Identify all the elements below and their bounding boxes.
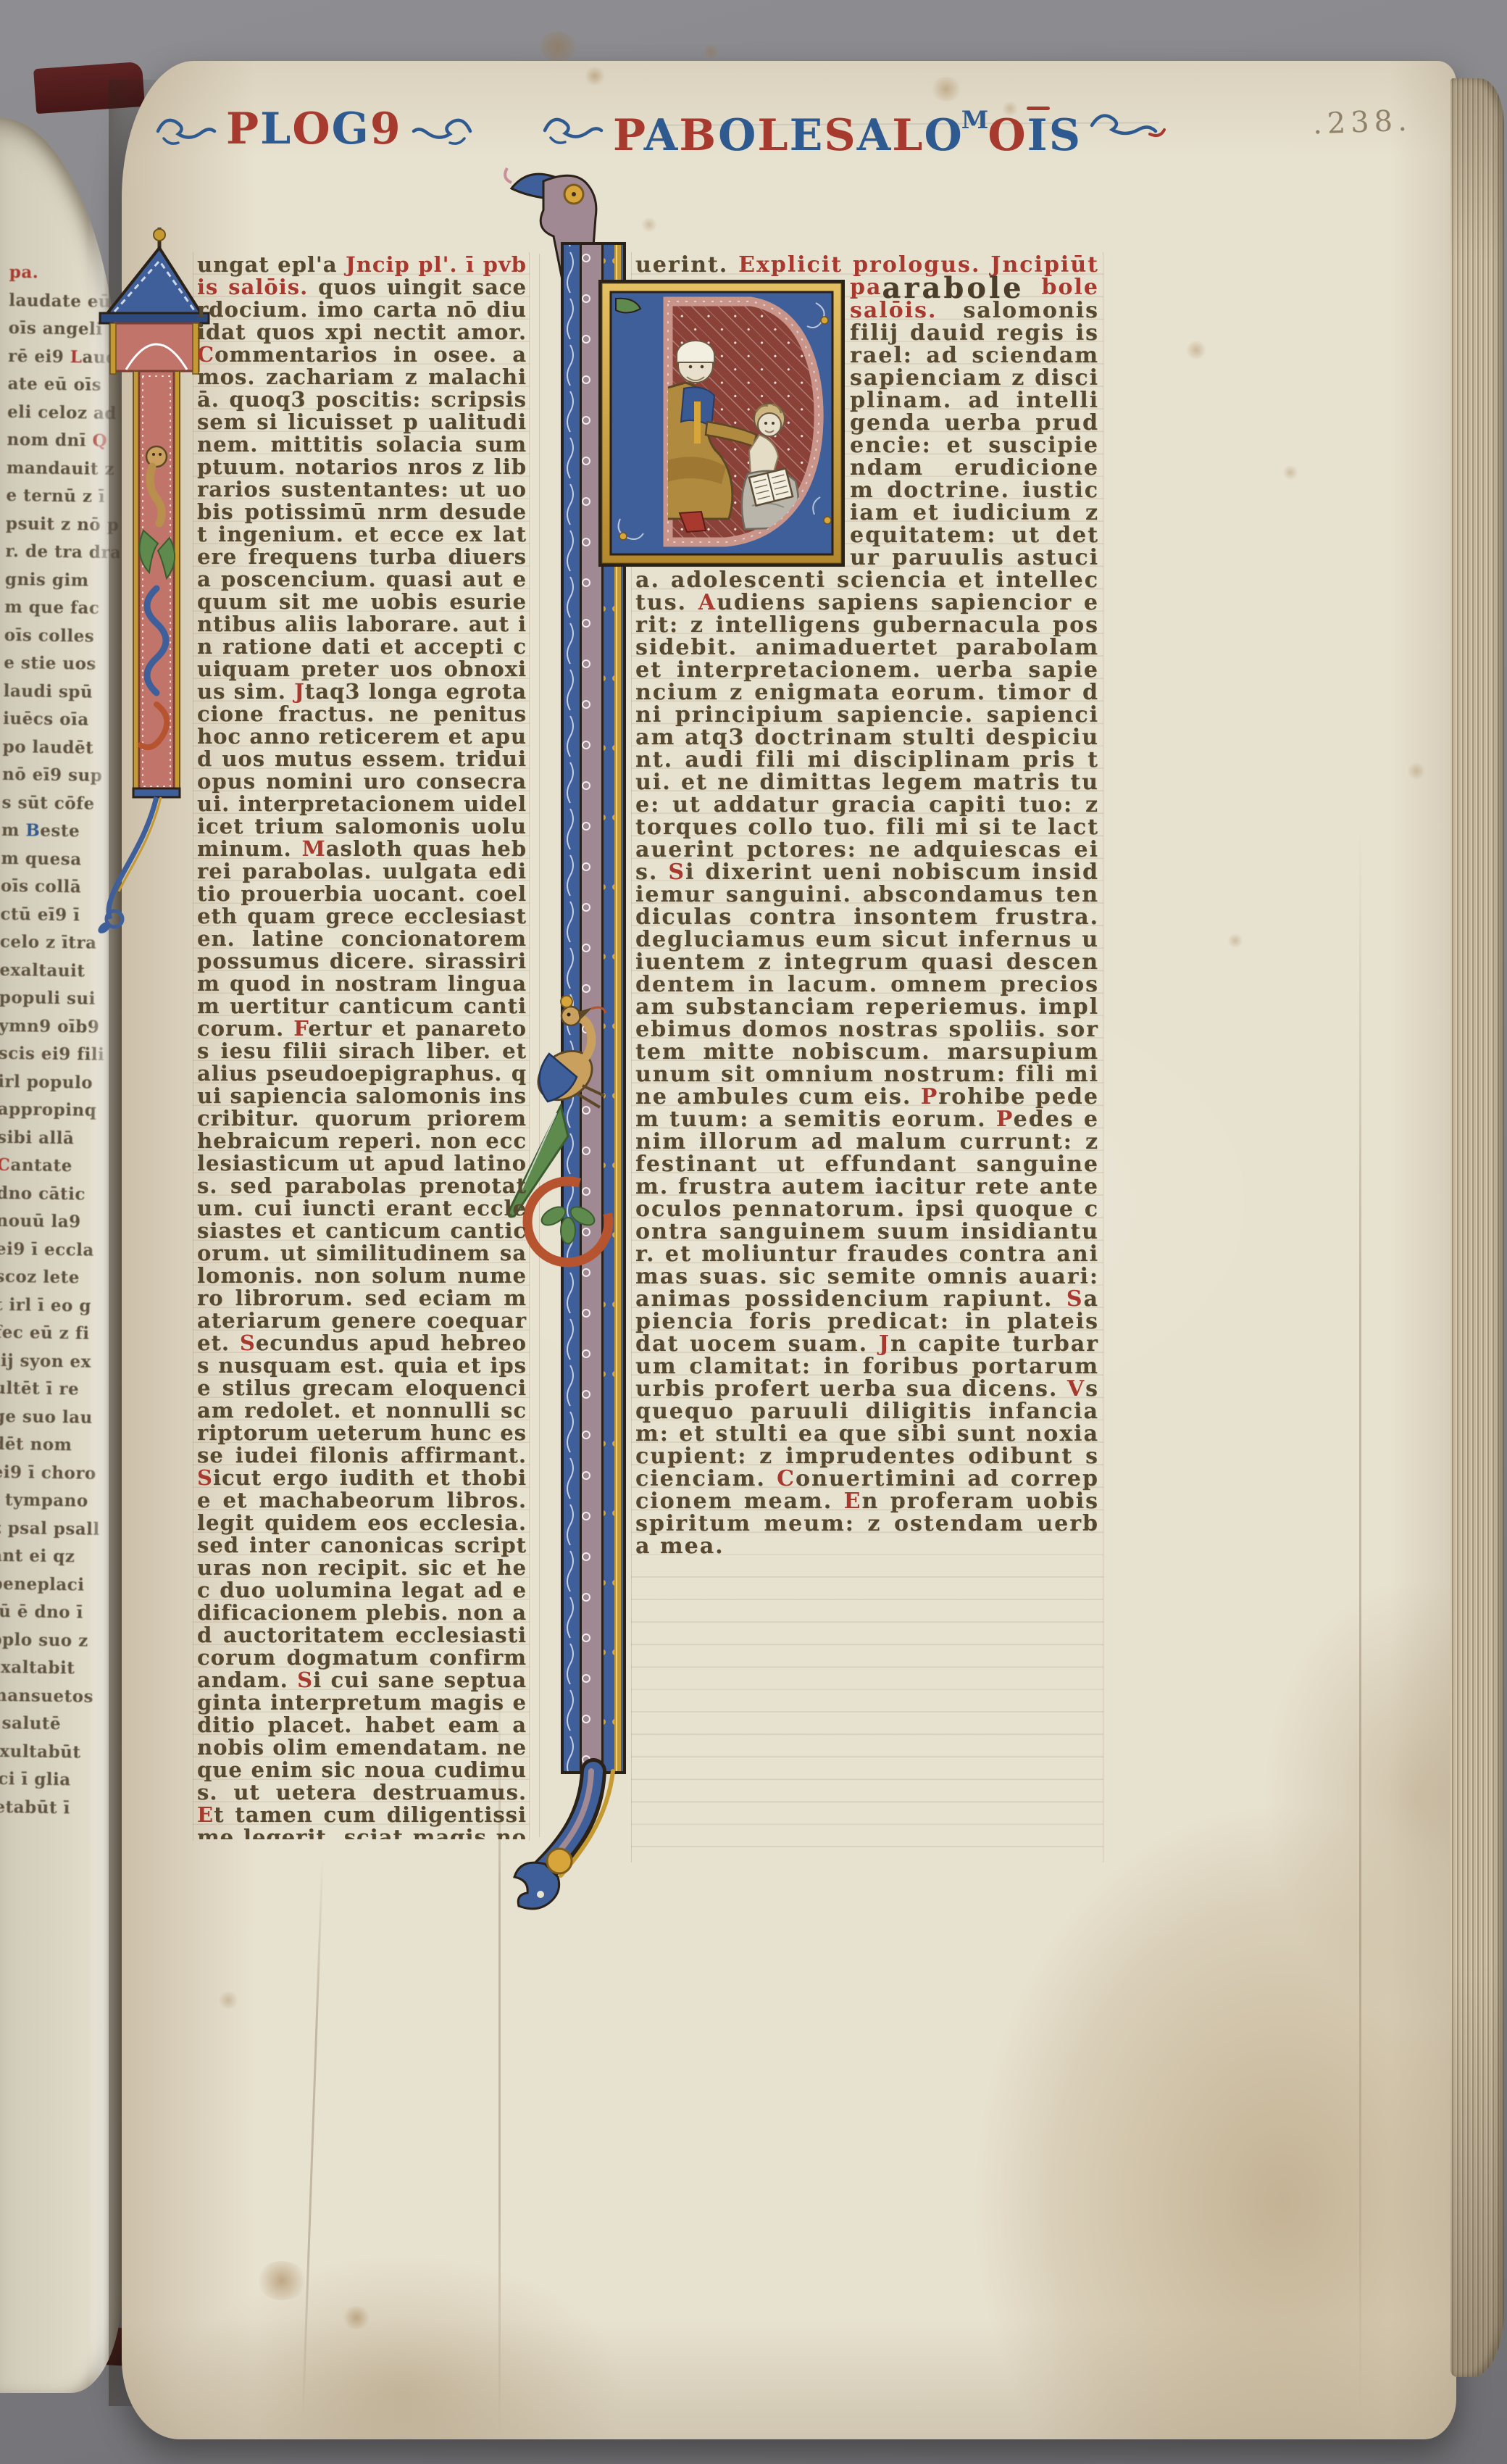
rose-tendril (505, 168, 512, 183)
header-flourish-icon (154, 109, 219, 149)
folio-number: .238. (1312, 104, 1412, 141)
stain (701, 43, 720, 59)
header-flourish-icon (1089, 107, 1169, 150)
bird-head (562, 1007, 580, 1025)
running-header-parabole-salomonis: PABOLESALOMOIS (540, 97, 1169, 159)
right-text-column-proverbs: uerint. Explicit prologus. Jncipiūt paar… (635, 254, 1099, 1861)
manuscript-photo: pa.laudate eūoīs angelirē ei9 Laudate eū… (0, 0, 1507, 2464)
running-header-prologue: PLOG9 (154, 106, 475, 152)
header-flourish-icon (409, 109, 475, 149)
left-text-column-prologue: ungat epl'a Jncip pl'. ī pvbis salōis. q… (197, 254, 527, 1839)
header-letters-parabole: PABOLESALOMOIS (613, 97, 1082, 159)
header-letters-prologue: PLOG9 (226, 106, 402, 152)
header-flourish-icon (540, 109, 606, 148)
fore-edge-page-stack (1450, 78, 1504, 2377)
gold-ball (547, 1849, 572, 1873)
stain (538, 32, 578, 61)
